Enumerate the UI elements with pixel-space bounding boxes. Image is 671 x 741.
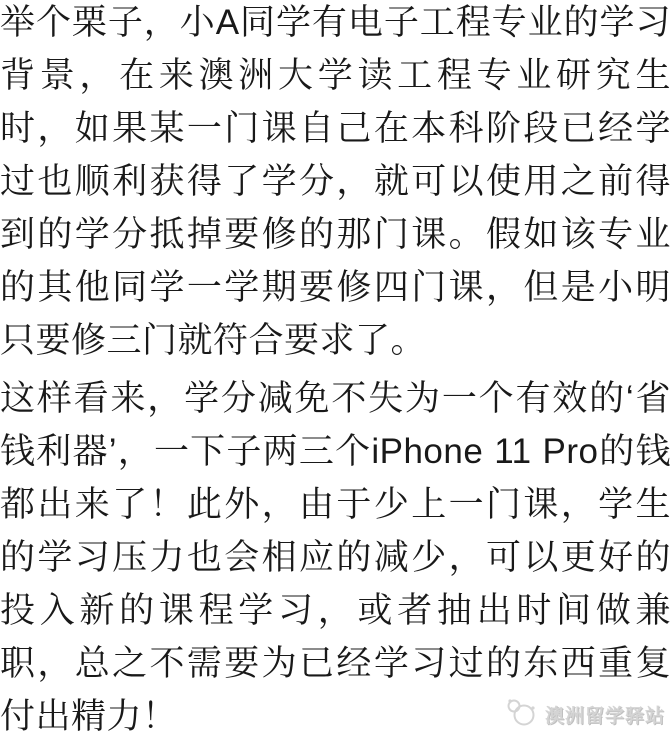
paragraph-1: 举个栗子，小A同学有电子工程专业的学习背景，在来澳洲大学读工程专业研究生时，如果… <box>0 0 671 367</box>
paragraph-2: 这样看来，学分减免不失为一个有效的‘省钱利器’，一下子两三个iPhone 11 … <box>0 372 671 741</box>
article-body: 举个栗子，小A同学有电子工程专业的学习背景，在来澳洲大学读工程专业研究生时，如果… <box>0 0 671 741</box>
article-page: 举个栗子，小A同学有电子工程专业的学习背景，在来澳洲大学读工程专业研究生时，如果… <box>0 0 671 737</box>
